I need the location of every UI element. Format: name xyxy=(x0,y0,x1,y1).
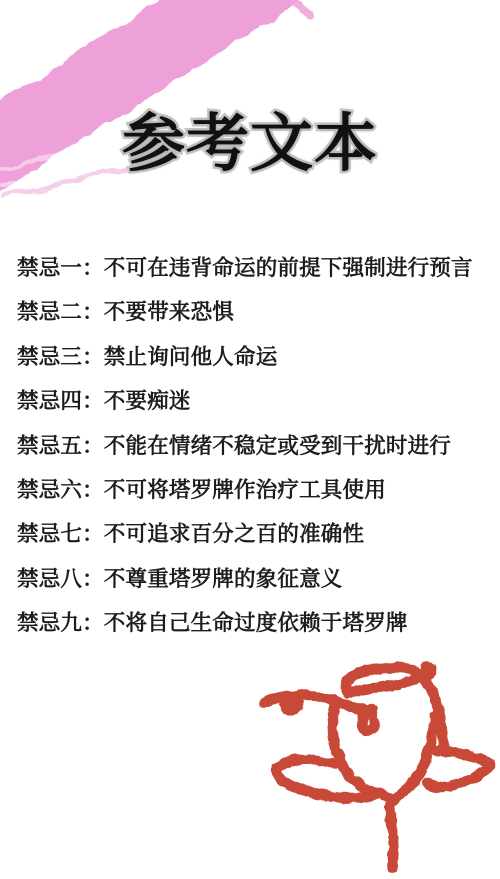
taboo-list: 禁忌一：不可在违背命运的前提下强制进行预言 禁忌二：不要带来恐惧 禁忌三：禁止询… xyxy=(17,246,495,646)
taboo-item-1: 禁忌一：不可在违背命运的前提下强制进行预言 xyxy=(17,246,495,290)
page-title: 参考文本 xyxy=(0,108,500,180)
taboo-item-3: 禁忌三：禁止询问他人命运 xyxy=(17,335,495,379)
taboo-item-2: 禁忌二：不要带来恐惧 xyxy=(17,290,495,334)
taboo-item-6: 禁忌六：不可将塔罗牌作治疗工具使用 xyxy=(17,468,495,512)
rose-line-drawing-icon xyxy=(230,650,500,879)
poster-page: 参考文本 禁忌一：不可在违背命运的前提下强制进行预言 禁忌二：不要带来恐惧 禁忌… xyxy=(0,0,500,879)
rose-stroke-group xyxy=(263,667,491,869)
taboo-item-8: 禁忌八：不尊重塔罗牌的象征意义 xyxy=(17,557,495,601)
taboo-item-9: 禁忌九：不将自己生命过度依赖于塔罗牌 xyxy=(17,601,495,645)
taboo-item-5: 禁忌五：不能在情绪不稳定或受到干扰时进行 xyxy=(17,424,495,468)
taboo-item-7: 禁忌七：不可追求百分之百的准确性 xyxy=(17,512,495,556)
taboo-item-4: 禁忌四：不要痴迷 xyxy=(17,379,495,423)
